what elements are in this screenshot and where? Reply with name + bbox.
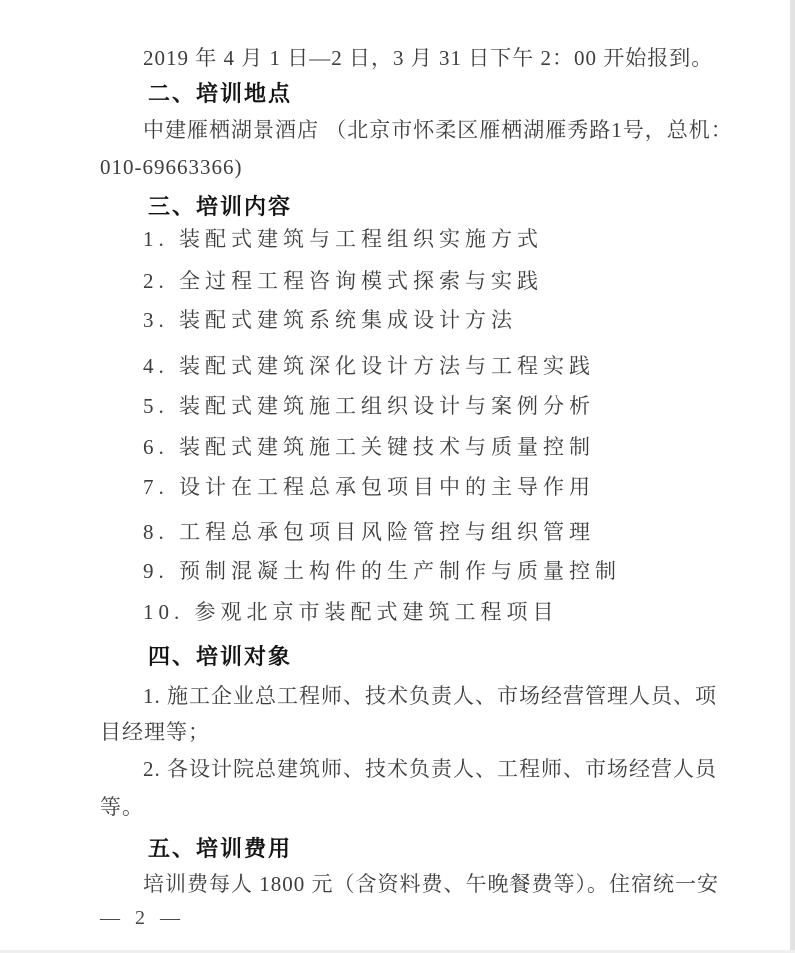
training-content-item: 6. 装配式建筑施工关键技术与质量控制 bbox=[143, 434, 595, 460]
address-line-2: 010-69663366) bbox=[100, 154, 243, 180]
section-audience-heading: 四、培训对象 bbox=[148, 644, 292, 670]
intro-line: 2019 年 4 月 1 日—2 日，3 月 31 日下午 2：00 开始报到。 bbox=[143, 45, 713, 71]
training-content-item: 7. 设计在工程总承包项目中的主导作用 bbox=[143, 474, 595, 500]
audience-item-2-line-2: 等。 bbox=[100, 794, 144, 820]
page-number: — 2 — bbox=[100, 905, 185, 931]
training-content-item: 5. 装配式建筑施工组织设计与案例分析 bbox=[143, 393, 595, 419]
training-content-item: 10. 参观北京市装配式建筑工程项目 bbox=[143, 599, 559, 625]
section-fee-heading: 五、培训费用 bbox=[148, 836, 292, 862]
training-content-item: 1. 装配式建筑与工程组织实施方式 bbox=[143, 226, 543, 252]
training-content-item: 3. 装配式建筑系统集成设计方法 bbox=[143, 307, 517, 333]
audience-item-1-line-2: 目经理等； bbox=[100, 719, 210, 745]
training-content-item: 9. 预制混凝土构件的生产制作与质量控制 bbox=[143, 558, 621, 584]
training-content-item: 2. 全过程工程咨询模式探索与实践 bbox=[143, 268, 543, 294]
section-location-heading: 二、培训地点 bbox=[148, 81, 292, 107]
training-content-item: 8. 工程总承包项目风险管控与组织管理 bbox=[143, 519, 595, 545]
fee-line: 培训费每人 1800 元（含资料费、午晚餐费等）。住宿统一安 bbox=[143, 871, 719, 897]
section-content-heading: 三、培训内容 bbox=[148, 194, 292, 220]
scan-edge-right bbox=[790, 0, 795, 953]
training-content-item: 4. 装配式建筑深化设计方法与工程实践 bbox=[143, 353, 595, 379]
audience-item-1-line-1: 1. 施工企业总工程师、技术负责人、市场经营管理人员、项 bbox=[143, 683, 717, 709]
audience-item-2-line-1: 2. 各设计院总建筑师、技术负责人、工程师、市场经营人员 bbox=[143, 756, 717, 782]
document-page: 2019 年 4 月 1 日—2 日，3 月 31 日下午 2：00 开始报到。… bbox=[0, 0, 795, 953]
address-line-1: 中建雁栖湖景酒店 （北京市怀柔区雁栖湖雁秀路1号，总机： bbox=[143, 117, 733, 143]
